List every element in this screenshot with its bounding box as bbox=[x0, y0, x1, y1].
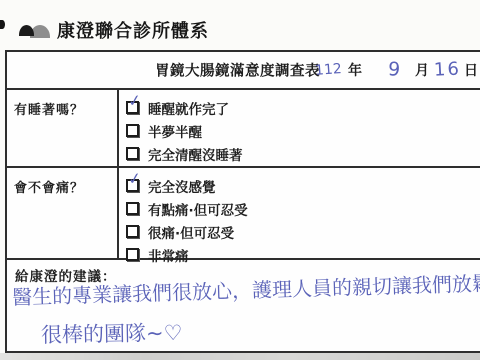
clinic-name: 康澄聯合診所體系 bbox=[57, 17, 209, 43]
option-label: 睡醒就作完了 bbox=[148, 98, 229, 118]
option-half-awake: 半夢半醒 bbox=[126, 119, 480, 142]
checkbox-empty-icon bbox=[126, 202, 139, 215]
survey-table: 胃鏡大腸鏡滿意度調查表 112 年 9 月 16 日 有睡著嗎？ ✓ 睡醒就作完… bbox=[5, 50, 480, 353]
suggestion-section: 給康澄的建議： 醫生的專業讓我們很放心，護理人員的親切讓我們放鬆 很棒的團隊~♡ bbox=[7, 260, 480, 351]
checkbox-empty-icon bbox=[126, 225, 139, 238]
checkbox-checked-icon: ✓ bbox=[126, 179, 139, 192]
option-little-pain: 有點痛·但可忍受 bbox=[126, 197, 480, 220]
question-label-pain: 會不會痛？ bbox=[7, 168, 119, 258]
form-title: 胃鏡大腸鏡滿意度調查表 bbox=[155, 60, 320, 81]
question-options-sleep: ✓ 睡醒就作完了 半夢半醒 完全清醒沒睡著 bbox=[119, 90, 480, 166]
handwritten-comment-line2: 很棒的團隊~♡ bbox=[41, 317, 183, 349]
checkbox-checked-icon: ✓ bbox=[126, 101, 139, 114]
question-row-pain: 會不會痛？ ✓ 完全沒感覺 有點痛·但可忍受 很痛·但可忍受 bbox=[7, 168, 480, 260]
date-year-handwritten: 112 bbox=[314, 61, 342, 79]
option-label: 完全清醒沒睡著 bbox=[148, 144, 243, 164]
clinic-logo-icon bbox=[19, 23, 49, 38]
date-year-label: 年 bbox=[348, 60, 362, 80]
question-row-sleep: 有睡著嗎？ ✓ 睡醒就作完了 半夢半醒 完全清醒沒睡著 bbox=[7, 90, 480, 168]
option-label: 有點痛·但可忍受 bbox=[148, 199, 248, 219]
question-label-sleep: 有睡著嗎？ bbox=[7, 90, 119, 166]
option-label: 完全沒感覺 bbox=[148, 176, 216, 196]
date-month-label: 月 bbox=[415, 60, 429, 80]
option-no-feeling: ✓ 完全沒感覺 bbox=[126, 174, 480, 197]
question-options-pain: ✓ 完全沒感覺 有點痛·但可忍受 很痛·但可忍受 非常痛 bbox=[119, 168, 480, 258]
scanned-survey-form: 康澄聯合診所體系 胃鏡大腸鏡滿意度調查表 112 年 9 月 16 日 有睡著嗎… bbox=[0, 0, 480, 360]
option-label: 很痛·但可忍受 bbox=[148, 222, 234, 242]
date-day-label: 日 bbox=[464, 60, 478, 80]
checkbox-empty-icon bbox=[126, 124, 139, 137]
logo-dark-dome bbox=[19, 25, 34, 36]
clinic-brand: 康澄聯合診所體系 bbox=[19, 17, 209, 43]
checkmark-icon: ✓ bbox=[127, 92, 143, 110]
option-very-pain-bearable: 很痛·但可忍受 bbox=[126, 220, 480, 243]
scan-edge-artifact bbox=[0, 20, 5, 29]
scan-bottom-shadow bbox=[0, 353, 480, 360]
date-month-handwritten: 9 bbox=[387, 58, 401, 81]
checkbox-empty-icon bbox=[126, 147, 139, 160]
option-woke-up-done: ✓ 睡醒就作完了 bbox=[126, 96, 480, 119]
date-day-handwritten: 16 bbox=[433, 58, 461, 80]
option-label: 半夢半醒 bbox=[148, 121, 202, 141]
option-fully-awake: 完全清醒沒睡著 bbox=[126, 142, 480, 165]
checkmark-icon: ✓ bbox=[127, 170, 143, 188]
title-row: 胃鏡大腸鏡滿意度調查表 112 年 9 月 16 日 bbox=[7, 52, 480, 90]
